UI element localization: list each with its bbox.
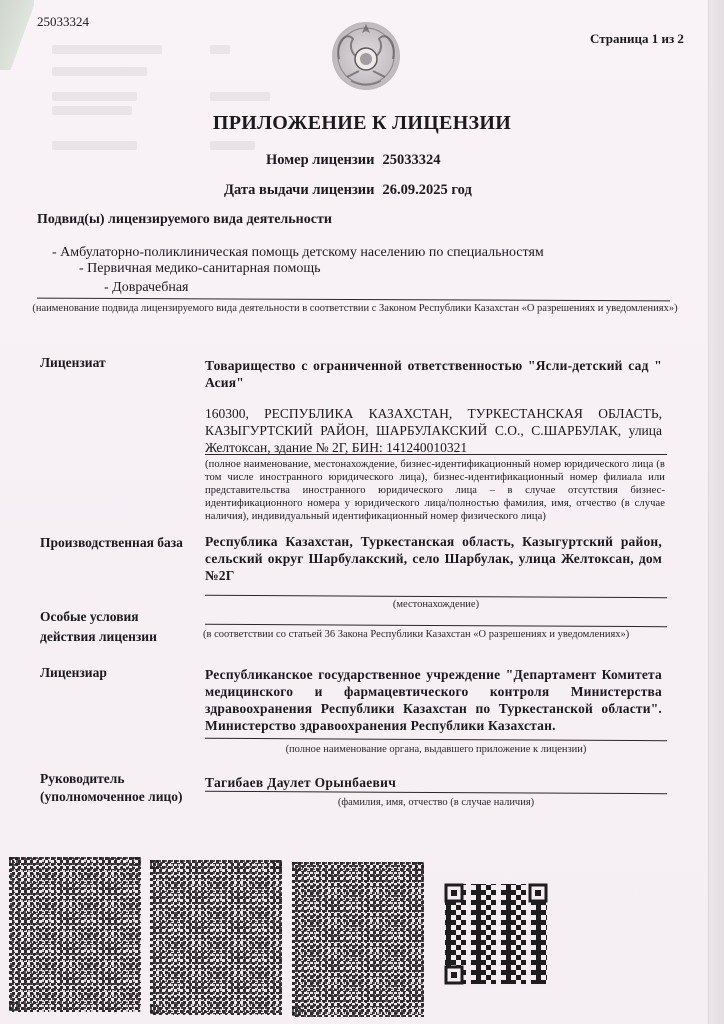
licensor-label: Лицензиар [40, 664, 107, 682]
datamatrix-code-2 [150, 860, 282, 1015]
datamatrix-code-3 [292, 862, 424, 1017]
license-date-value: 26.09.2025 год [383, 182, 472, 198]
divider [205, 791, 667, 794]
licensor-value: Республиканское государственное учрежден… [205, 666, 662, 734]
license-number-value: 25033324 [382, 152, 440, 168]
document-number: 25033324 [37, 14, 89, 30]
page-corner-shadow [0, 0, 34, 70]
subtype-item: - Доврачебная [104, 280, 189, 296]
licensee-caption: (полное наименование, местонахождение, б… [205, 458, 665, 523]
divider [205, 624, 667, 627]
head-label: Руководитель (уполномоченное лицо) [40, 770, 183, 806]
bleed-through-text [52, 45, 292, 155]
state-emblem-icon [329, 19, 403, 93]
document-page: 25033324 Страница 1 из 2 ПРИЛОЖЕНИЕ К ЛИ… [0, 0, 724, 1024]
datamatrix-code-1 [9, 857, 141, 1012]
subtypes-heading: Подвид(ы) лицензируемого вида деятельнос… [37, 212, 332, 228]
divider [205, 738, 667, 741]
production-base-value: Республика Казахстан, Туркестанская обла… [205, 533, 662, 584]
license-number-row: Номер лицензии25033324 [266, 152, 440, 169]
license-date-row: Дата выдачи лицензии26.09.2025 год [224, 182, 472, 199]
subtype-item: - Первичная медико-санитарная помощь [79, 261, 321, 277]
page-title: ПРИЛОЖЕНИЕ К ЛИЦЕНЗИИ [0, 112, 724, 135]
special-conditions-caption: (в соответствии со статьей 36 Закона Рес… [203, 628, 669, 641]
divider [37, 298, 670, 302]
license-number-label: Номер лицензии [266, 152, 374, 168]
production-base-caption: (местонахождение) [205, 598, 667, 611]
licensee-address: 160300, РЕСПУБЛИКА КАЗАХСТАН, ТУРКЕСТАНС… [205, 405, 662, 456]
scan-edge [708, 0, 724, 1024]
licensee-label: Лицензиат [40, 354, 106, 372]
qr-code[interactable] [441, 880, 551, 988]
licensee-name: Товарищество с ограниченной ответственно… [205, 357, 662, 391]
production-base-label: Производственная база [40, 534, 183, 552]
special-conditions-label: Особые условия действия лицензии [40, 608, 157, 646]
subtype-item: - Амбулаторно-поликлиническая помощь дет… [52, 245, 544, 261]
head-caption: (фамилия, имя, отчество (в случае наличи… [205, 796, 667, 809]
licensor-caption: (полное наименование органа, выдавшего п… [205, 743, 667, 756]
head-value: Тагибаев Даулет Орынбаевич [205, 774, 662, 791]
divider [205, 454, 667, 455]
license-date-label: Дата выдачи лицензии [224, 182, 375, 198]
page-indicator: Страница 1 из 2 [590, 31, 684, 47]
subtypes-caption: (наименование подвида лицензируемого вид… [30, 302, 680, 315]
